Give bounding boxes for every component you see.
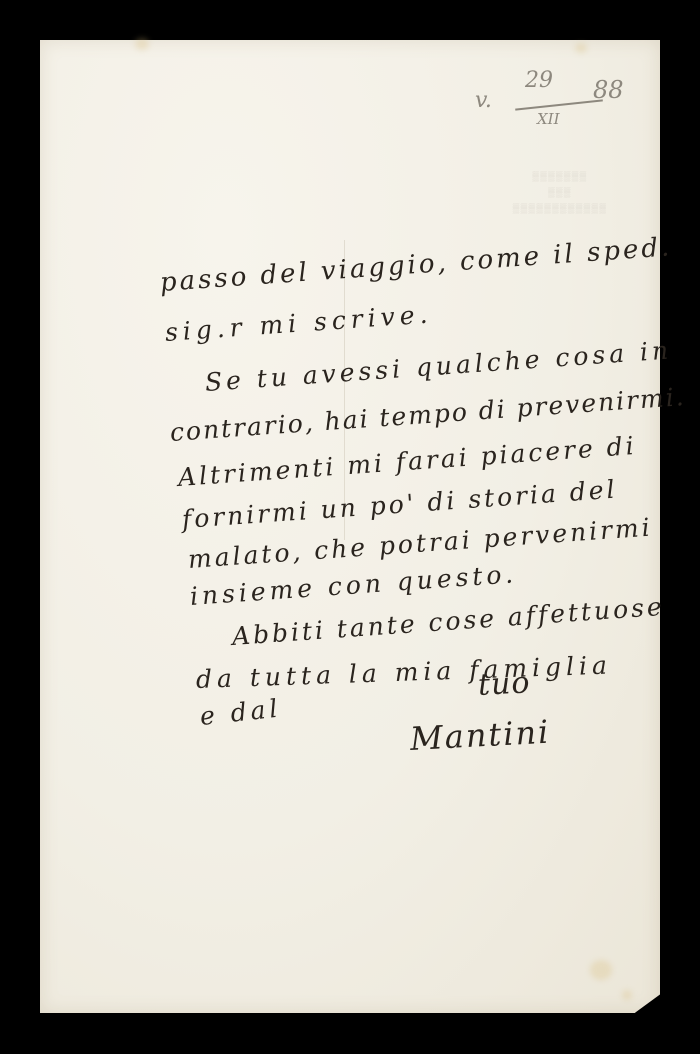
closing-salutation: tuo xyxy=(477,665,531,703)
archive-prefix: v. xyxy=(475,88,492,113)
archive-day: 29 xyxy=(525,68,553,93)
foxing-stain xyxy=(135,38,149,50)
emboss-line: ▒▒▒ xyxy=(445,184,675,200)
foxing-stain xyxy=(622,990,632,1000)
foxing-stain xyxy=(575,43,587,53)
embossed-letterhead: ▒▒▒▒▒▒▒ ▒▒▒ ▒▒▒▒▒▒▒▒▒▒▒▒ xyxy=(445,168,675,216)
archive-year: 88 xyxy=(593,76,624,104)
foxing-stain xyxy=(590,960,612,980)
emboss-line: ▒▒▒▒▒▒▒▒▒▒▒▒ xyxy=(445,200,675,216)
archive-month: XII xyxy=(537,110,560,128)
emboss-line: ▒▒▒▒▒▒▒ xyxy=(445,168,675,184)
signature: Mantini xyxy=(409,713,551,758)
